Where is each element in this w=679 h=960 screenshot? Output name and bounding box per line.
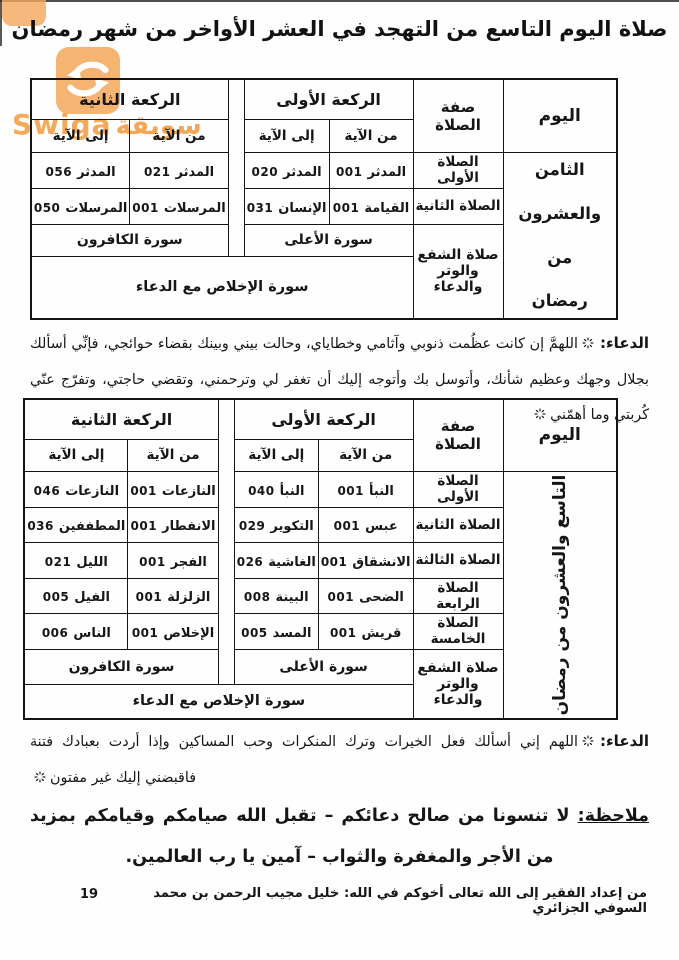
dua-paragraph-2: الدعاء:اللهم إني أسألك فعل الخيرات وترك … xyxy=(30,724,649,797)
surah-name: النبأ xyxy=(280,484,305,499)
prayer-table-day-28: اليوم صفة الصلاة الركعة الأولى الركعة ال… xyxy=(30,78,618,320)
verse-number: 001 xyxy=(132,201,159,215)
verse-number: 008 xyxy=(244,590,271,604)
verse-cell: 046النازعات xyxy=(24,471,128,507)
footer-credit: من إعداد الفقير إلى الله تعالى أخوكم في … xyxy=(120,886,647,916)
rakaa1-surah-cell: سورة الأعلى xyxy=(244,224,413,256)
ornament-icon xyxy=(34,762,46,797)
day-line: رمضان xyxy=(506,291,615,310)
header-to-verse: إلى الآية xyxy=(24,439,128,471)
verse-number: 001 xyxy=(130,484,157,498)
header-prayer-description: صفة الصلاة xyxy=(413,79,503,152)
verse-number: 050 xyxy=(34,201,61,215)
prayer-name-cell: الصلاة الثالثة xyxy=(413,542,503,578)
verse-number: 001 xyxy=(321,555,348,569)
prayer-name-cell: الصلاة الأولى xyxy=(413,471,503,507)
verse-number: 040 xyxy=(248,484,275,498)
day-value-cell: الثامن والعشرون من رمضان xyxy=(503,152,617,319)
surah-name: الإنسان xyxy=(278,201,326,216)
verse-number: 001 xyxy=(333,201,360,215)
verse-cell: 056المدثر xyxy=(31,152,130,188)
prayer-name-cell: الصلاة الثانية xyxy=(413,507,503,542)
verse-number: 001 xyxy=(328,590,355,604)
shafaa-line: صلاة الشفع xyxy=(416,247,501,263)
day-line: الثامن xyxy=(506,160,615,179)
surah-name: النازعات xyxy=(162,484,216,499)
verse-cell: 001النبأ xyxy=(318,471,413,507)
surah-name: التكوير xyxy=(270,519,313,534)
prayer-table-day-29: اليوم صفة الصلاة الركعة الأولى الركعة ال… xyxy=(23,398,618,720)
verse-cell: 021الليل xyxy=(24,542,128,578)
note-text: لا تنسونا من صالح دعائكم – تقبل الله صيا… xyxy=(30,806,570,867)
verse-number: 001 xyxy=(330,626,357,640)
verse-number: 020 xyxy=(252,165,279,179)
divider-column xyxy=(228,79,244,256)
verse-cell: 050المرسلات xyxy=(31,188,130,224)
verse-number: 001 xyxy=(337,484,364,498)
verse-number: 029 xyxy=(239,519,266,533)
surah-name: المدثر xyxy=(176,165,215,180)
verse-number: 026 xyxy=(237,555,264,569)
verse-cell: 006الناس xyxy=(24,613,128,649)
ornament-icon xyxy=(582,328,594,363)
verse-number: 046 xyxy=(34,484,61,498)
header-to-verse: إلى الآية xyxy=(31,119,130,152)
surah-name: المدثر xyxy=(368,165,407,180)
surah-name: النازعات xyxy=(65,484,119,499)
dua-text: اللهم إني أسألك فعل الخيرات وترك المنكرا… xyxy=(30,734,578,786)
verse-number: 005 xyxy=(43,590,70,604)
header-from-verse: من الآية xyxy=(329,119,413,152)
surah-name: الانشقاق xyxy=(352,555,410,570)
verse-cell: 001الإخلاص xyxy=(128,613,218,649)
day-vertical-text: التاسع والعشرون من رمضان xyxy=(550,474,570,715)
verse-number: 006 xyxy=(42,626,69,640)
verse-cell: 001قريش xyxy=(318,613,413,649)
verse-number: 001 xyxy=(336,165,363,179)
surah-name: الغاشية xyxy=(268,555,316,570)
page-number: 19 xyxy=(80,887,98,902)
header-from-verse: من الآية xyxy=(130,119,228,152)
verse-cell: 040النبأ xyxy=(234,471,318,507)
verse-cell: 001المرسلات xyxy=(130,188,228,224)
verse-cell: 001الفجر xyxy=(128,542,218,578)
header-day: اليوم xyxy=(503,399,617,471)
verse-number: 021 xyxy=(144,165,171,179)
header-prayer-description: صفة الصلاة xyxy=(413,399,503,471)
prayer-name-cell: الصلاة الأولى xyxy=(413,152,503,188)
rakaa1-surah-cell: سورة الأعلى xyxy=(234,649,413,684)
verse-number: 001 xyxy=(131,519,158,533)
prayer-name-cell: الصلاة الخامسة xyxy=(413,613,503,649)
surah-name: القيامة xyxy=(364,201,409,216)
surah-name: الليل xyxy=(76,555,108,570)
verse-cell: 020المدثر xyxy=(244,152,329,188)
surah-name: الفجر xyxy=(171,555,207,570)
surah-name: الفيل xyxy=(74,590,110,605)
surah-name: المرسلات xyxy=(65,201,127,216)
rakaa2-surah-cell: سورة الكافرون xyxy=(24,649,218,684)
verse-cell: 001القيامة xyxy=(329,188,413,224)
header-from-verse: من الآية xyxy=(128,439,218,471)
surah-name: الزلزلة xyxy=(167,590,210,605)
page-title: صلاة اليوم التاسع من التهجد في العشر الأ… xyxy=(0,17,679,41)
verse-cell: 001عبس xyxy=(318,507,413,542)
header-first-rakaa: الركعة الأولى xyxy=(244,79,413,119)
verse-number: 056 xyxy=(46,165,73,179)
verse-cell: 001النازعات xyxy=(128,471,218,507)
witr-line: والوتر والدعاء xyxy=(416,263,501,295)
header-day: اليوم xyxy=(503,79,617,152)
header-second-rakaa: الركعة الثانية xyxy=(24,399,218,439)
verse-number: 001 xyxy=(334,519,361,533)
scan-edge-top xyxy=(0,0,679,2)
day-value-cell: التاسع والعشرون من رمضان xyxy=(503,471,617,719)
verse-number: 001 xyxy=(136,590,163,604)
verse-cell: 001الضحى xyxy=(318,578,413,613)
surah-name: قريش xyxy=(362,626,402,641)
verse-cell: 005الفيل xyxy=(24,578,128,613)
shafaa-witr-cell: صلاة الشفع والوتر والدعاء xyxy=(413,224,503,319)
header-from-verse: من الآية xyxy=(318,439,413,471)
surah-name: المدثر xyxy=(283,165,322,180)
note-paragraph: ملاحظة: لا تنسونا من صالح دعائكم – تقبل … xyxy=(30,796,649,878)
divider-column xyxy=(218,399,234,684)
prayer-name-cell: الصلاة الثانية xyxy=(413,188,503,224)
day-line: والعشرون xyxy=(506,204,615,223)
verse-cell: 026الغاشية xyxy=(234,542,318,578)
note-label: ملاحظة: xyxy=(578,806,649,826)
verse-cell: 001المدثر xyxy=(329,152,413,188)
dua-label: الدعاء: xyxy=(600,732,649,750)
surah-name: الإخلاص xyxy=(163,626,214,641)
surah-name: المسد xyxy=(273,626,312,641)
prayer-name-cell: الصلاة الرابعة xyxy=(413,578,503,613)
header-first-rakaa: الركعة الأولى xyxy=(234,399,413,439)
header-to-verse: إلى الآية xyxy=(234,439,318,471)
document-page: صلاة اليوم التاسع من التهجد في العشر الأ… xyxy=(0,0,679,960)
verse-cell: 008البينة xyxy=(234,578,318,613)
surah-name: المطففين xyxy=(59,519,125,534)
surah-name: المدثر xyxy=(77,165,116,180)
shafaa-line: صلاة الشفع xyxy=(416,660,501,676)
surah-name: المرسلات xyxy=(164,201,226,216)
verse-cell: 031الإنسان xyxy=(244,188,329,224)
day-line: من xyxy=(506,248,615,267)
surah-name: البينة xyxy=(275,590,308,605)
verse-cell: 001الزلزلة xyxy=(128,578,218,613)
verse-cell: 001الانفطار xyxy=(128,507,218,542)
surah-name: الضحى xyxy=(359,590,404,605)
verse-number: 036 xyxy=(27,519,54,533)
verse-number: 001 xyxy=(132,626,159,640)
verse-cell: 005المسد xyxy=(234,613,318,649)
header-to-verse: إلى الآية xyxy=(244,119,329,152)
surah-name: الناس xyxy=(73,626,110,641)
verse-cell: 001الانشقاق xyxy=(318,542,413,578)
verse-cell: 021المدثر xyxy=(130,152,228,188)
verse-cell: 036المطففين xyxy=(24,507,128,542)
ikhlas-dua-cell: سورة الإخلاص مع الدعاء xyxy=(31,256,413,319)
ornament-icon xyxy=(582,726,594,761)
witr-line: والوتر والدعاء xyxy=(416,676,501,708)
surah-name: الانفطار xyxy=(162,519,215,534)
verse-cell: 029التكوير xyxy=(234,507,318,542)
verse-number: 005 xyxy=(241,626,268,640)
rakaa2-surah-cell: سورة الكافرون xyxy=(31,224,228,256)
dua-label: الدعاء: xyxy=(600,334,649,352)
verse-number: 021 xyxy=(45,555,72,569)
surah-name: النبأ xyxy=(369,484,394,499)
surah-name: عبس xyxy=(365,519,398,534)
header-second-rakaa: الركعة الثانية xyxy=(31,79,228,119)
verse-number: 001 xyxy=(139,555,166,569)
ikhlas-dua-cell: سورة الإخلاص مع الدعاء xyxy=(24,684,413,719)
verse-number: 031 xyxy=(247,201,274,215)
shafaa-witr-cell: صلاة الشفع والوتر والدعاء xyxy=(413,649,503,719)
